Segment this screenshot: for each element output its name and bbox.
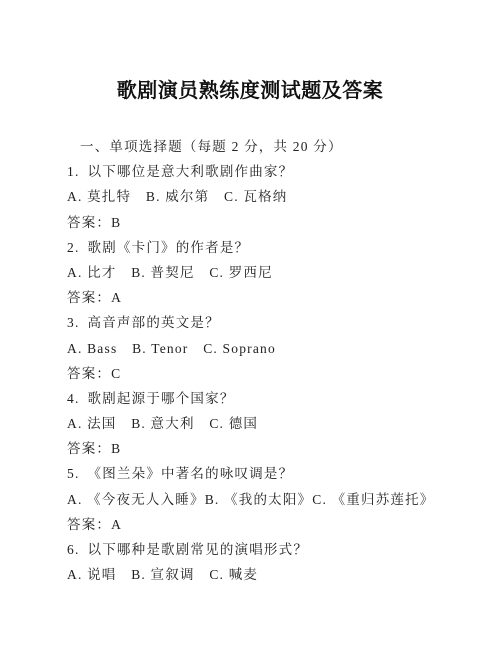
question-text: 高音声部的英文是？ (88, 315, 220, 330)
question-line: 3.高音声部的英文是？ (67, 310, 470, 335)
question-block-2: 2.歌剧《卡门》的作者是？ A. 比才 B. 普契尼 C. 罗西尼 答案：A (67, 235, 470, 311)
question-block-1: 1.以下哪位是意大利歌剧作曲家？ A. 莫扎特 B. 威尔第 C. 瓦格纳 答案… (67, 159, 470, 235)
question-block-5: 5.《图兰朵》中著名的咏叹调是？ A. 《今夜无人入睡》B. 《我的太阳》C. … (67, 461, 470, 537)
question-text: 以下哪位是意大利歌剧作曲家？ (88, 164, 294, 179)
question-number: 4. (67, 391, 80, 406)
section-header: 一、单项选择题（每题 2 分，共 20 分） (80, 134, 470, 159)
question-line: 2.歌剧《卡门》的作者是？ (67, 235, 470, 260)
question-block-6: 6.以下哪种是歌剧常见的演唱形式？ A. 说唱 B. 宣叙调 C. 喊麦 (67, 537, 470, 587)
question-text: 歌剧起源于哪个国家？ (88, 391, 235, 406)
answer-label: 答案： (67, 215, 111, 230)
question-number: 2. (67, 240, 80, 255)
question-line: 6.以下哪种是歌剧常见的演唱形式？ (67, 537, 470, 562)
option-line: A. 比才 B. 普契尼 C. 罗西尼 (67, 260, 470, 285)
question-block-3: 3.高音声部的英文是？ A. Bass B. Tenor C. Soprano … (67, 310, 470, 386)
question-number: 1. (67, 164, 80, 179)
option-line: A. Bass B. Tenor C. Soprano (67, 336, 470, 361)
answer-label: 答案： (67, 517, 111, 532)
question-text: 以下哪种是歌剧常见的演唱形式？ (88, 542, 309, 557)
answer-line: 答案：B (67, 210, 470, 235)
answer-value: B (111, 215, 121, 230)
document-page: 歌剧演员熟练度测试题及答案 一、单项选择题（每题 2 分，共 20 分） 1.以… (0, 0, 500, 647)
question-line: 5.《图兰朵》中著名的咏叹调是？ (67, 461, 470, 486)
question-text: 歌剧《卡门》的作者是？ (88, 240, 250, 255)
question-number: 6. (67, 542, 80, 557)
question-line: 4.歌剧起源于哪个国家？ (67, 386, 470, 411)
question-number: 3. (67, 315, 80, 330)
option-line: A. 莫扎特 B. 威尔第 C. 瓦格纳 (67, 184, 470, 209)
answer-line: 答案：A (67, 285, 470, 310)
answer-line: 答案：A (67, 512, 470, 537)
answer-label: 答案： (67, 366, 111, 381)
option-line: A. 法国 B. 意大利 C. 德国 (67, 411, 470, 436)
question-block-4: 4.歌剧起源于哪个国家？ A. 法国 B. 意大利 C. 德国 答案：B (67, 386, 470, 462)
question-text: 《图兰朵》中著名的咏叹调是？ (88, 466, 294, 481)
document-body: 一、单项选择题（每题 2 分，共 20 分） 1.以下哪位是意大利歌剧作曲家？ … (0, 134, 500, 587)
option-line: A. 说唱 B. 宣叙调 C. 喊麦 (67, 562, 470, 587)
answer-value: A (111, 290, 122, 305)
answer-label: 答案： (67, 290, 111, 305)
document-title: 歌剧演员熟练度测试题及答案 (0, 0, 500, 104)
question-line: 1.以下哪位是意大利歌剧作曲家？ (67, 159, 470, 184)
answer-value: B (111, 441, 121, 456)
answer-label: 答案： (67, 441, 111, 456)
option-line: A. 《今夜无人入睡》B. 《我的太阳》C. 《重归苏莲托》 (67, 487, 470, 512)
question-number: 5. (67, 466, 80, 481)
answer-line: 答案：C (67, 361, 470, 386)
answer-value: C (111, 366, 121, 381)
answer-line: 答案：B (67, 436, 470, 461)
answer-value: A (111, 517, 122, 532)
